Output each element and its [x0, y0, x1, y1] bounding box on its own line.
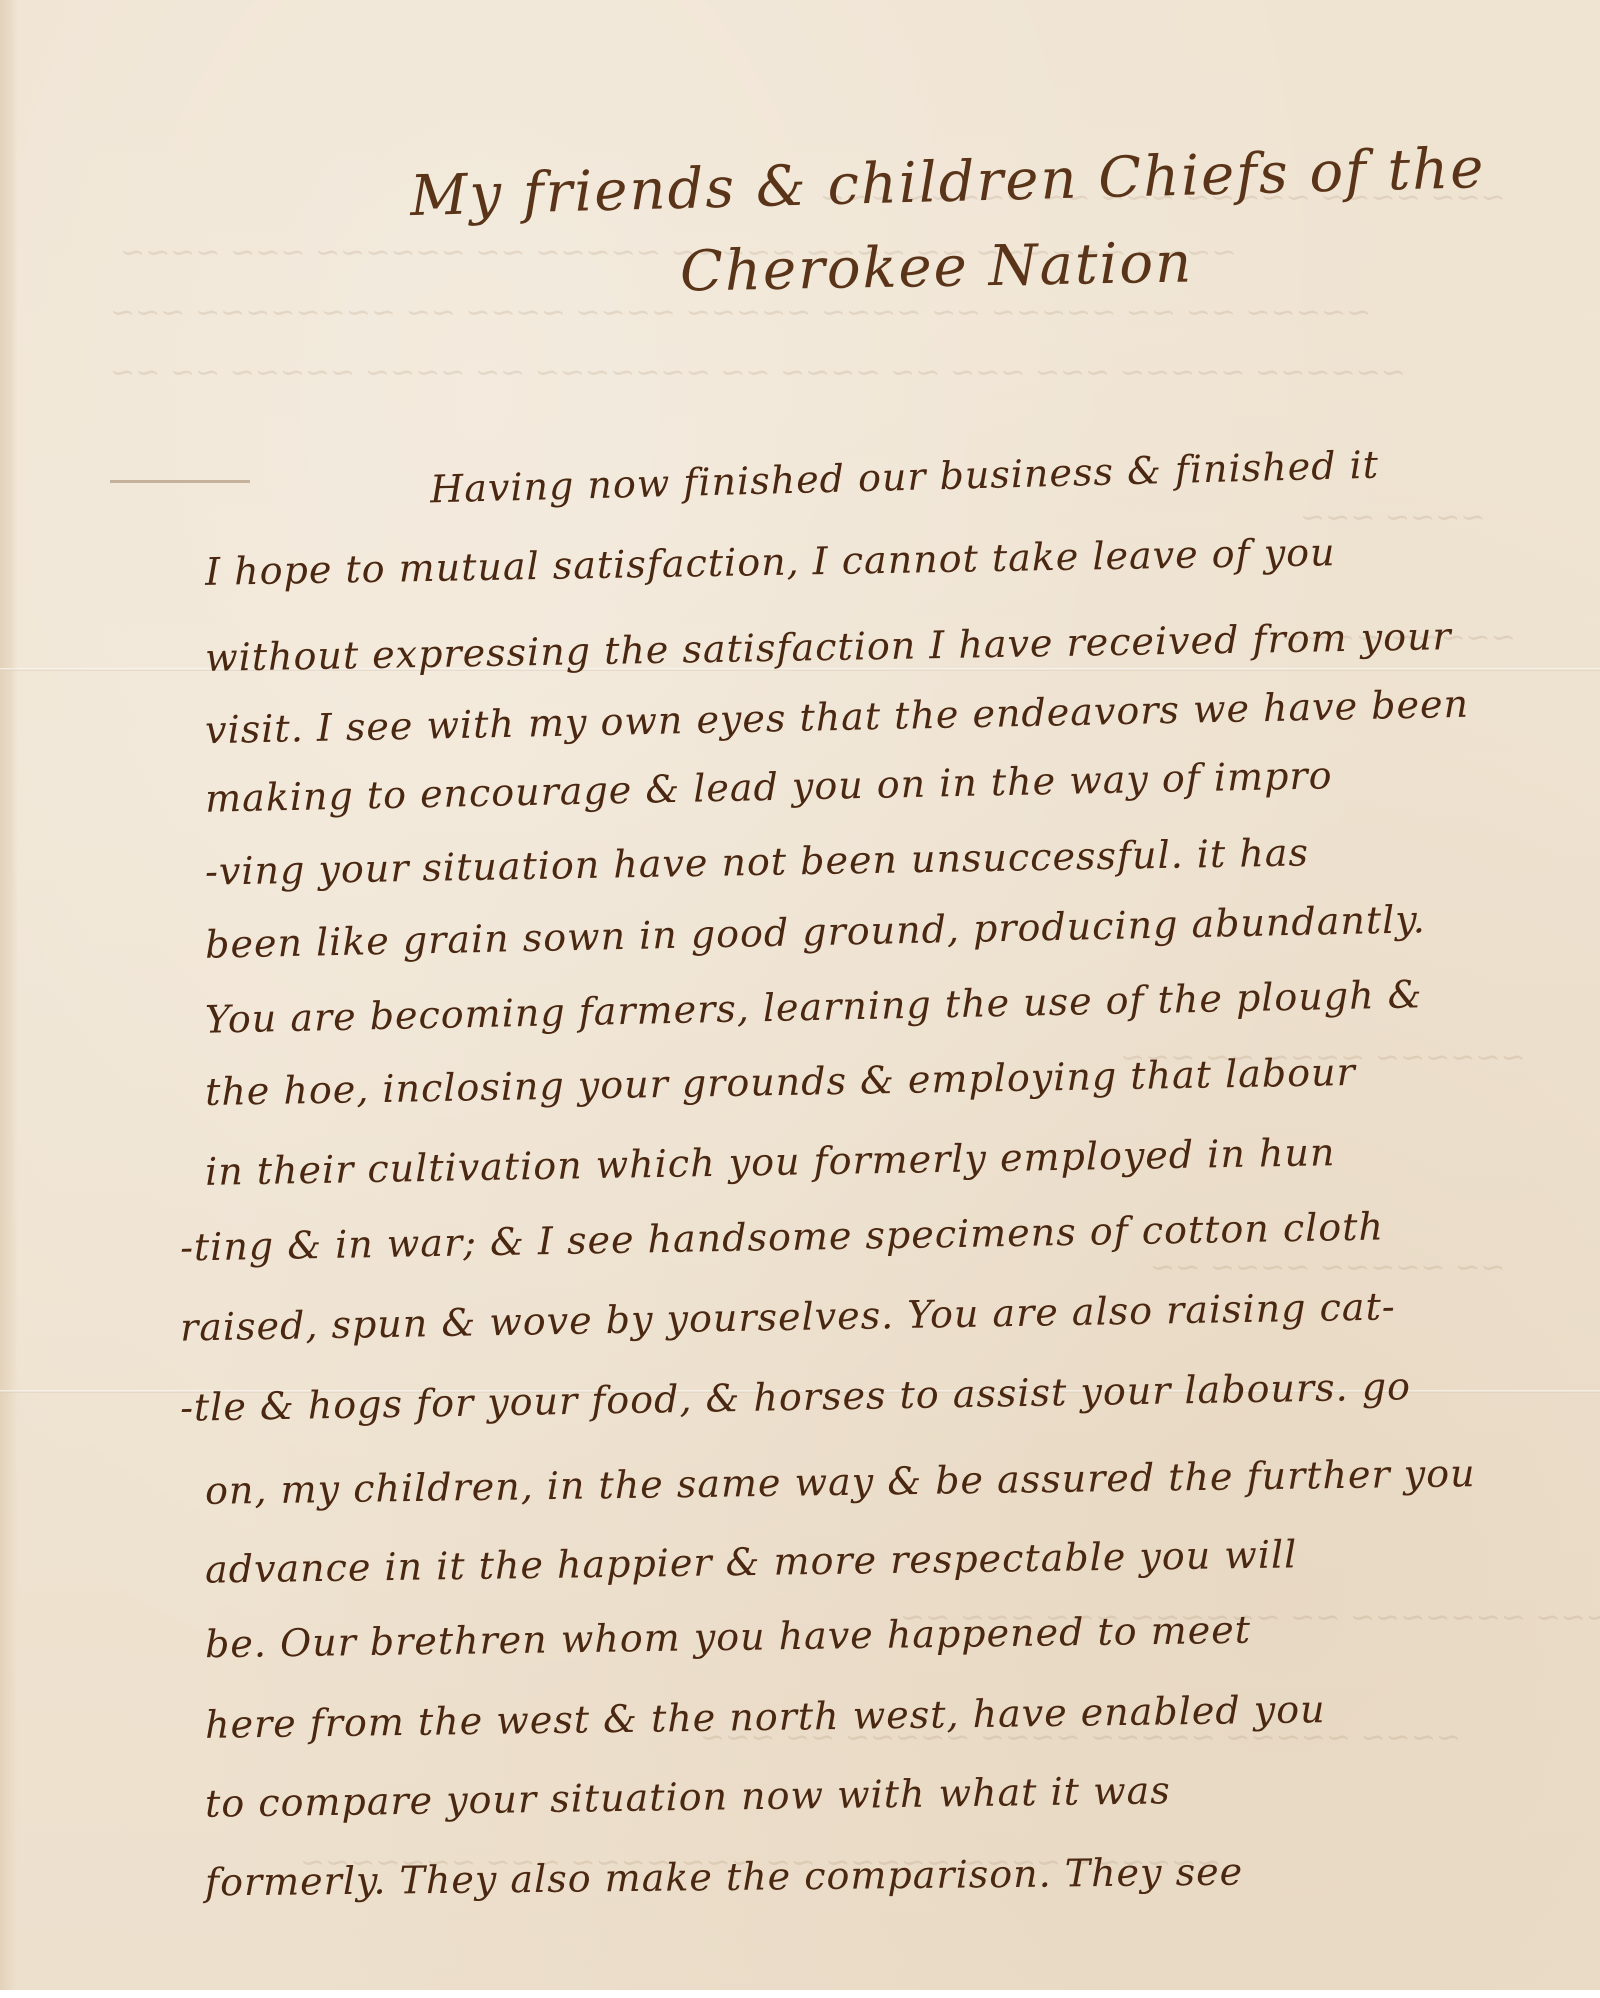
bleed-through-text: ~~ ~~~~~ ~~~~ ~~ — [1150, 1250, 1505, 1285]
paper-left-edge — [0, 0, 18, 1990]
letter-body-line: Having now finished our business & finis… — [430, 443, 1380, 512]
letter-body-line: the hoe, inclosing your grounds & employ… — [205, 1050, 1356, 1114]
letter-body-line: You are becoming farmers, learning the u… — [205, 972, 1423, 1041]
letter-body-line: visit. I see with my own eyes that the e… — [205, 682, 1470, 752]
letter-body-line: on, my children, in the same way & be as… — [205, 1451, 1476, 1513]
letter-body-line: -tle & hogs for your food, & horses to a… — [180, 1364, 1412, 1429]
letter-body-line: raised, spun & wove by yourselves. You a… — [180, 1284, 1396, 1349]
letter-body-line: advance in it the happier & more respect… — [205, 1532, 1298, 1591]
letter-body-line: be. Our brethren whom you have happened … — [205, 1608, 1251, 1667]
letter-body-line: in their cultivation which you formerly … — [205, 1130, 1336, 1194]
letter-body-line: making to encourage & lead you on in the… — [205, 753, 1333, 821]
manuscript-page: ~~~ ~~~~ ~~~~~ ~~~ ~~ ~~~~~ ~~~ ~~~~ ~~~… — [0, 0, 1600, 1990]
letter-addressee: Cherokee Nation — [679, 231, 1193, 305]
letter-salutation: My friends & children Chiefs of the — [409, 136, 1486, 229]
letter-body-line: I hope to mutual satisfaction, I cannot … — [205, 530, 1336, 594]
letter-body-line: been like grain sown in good ground, pro… — [205, 897, 1426, 967]
letter-body-line: to compare your situation now with what … — [205, 1768, 1171, 1825]
letter-body-line: -ving your situation have not been unsuc… — [205, 830, 1310, 893]
margin-mark — [110, 480, 250, 483]
bleed-through-text: ~~~~~~ ~~~~~ ~~~ ~~~ ~~ ~~~~ ~~ ~~~~~~~ … — [110, 355, 1406, 390]
scan-bottom-margin — [0, 1990, 1600, 1998]
